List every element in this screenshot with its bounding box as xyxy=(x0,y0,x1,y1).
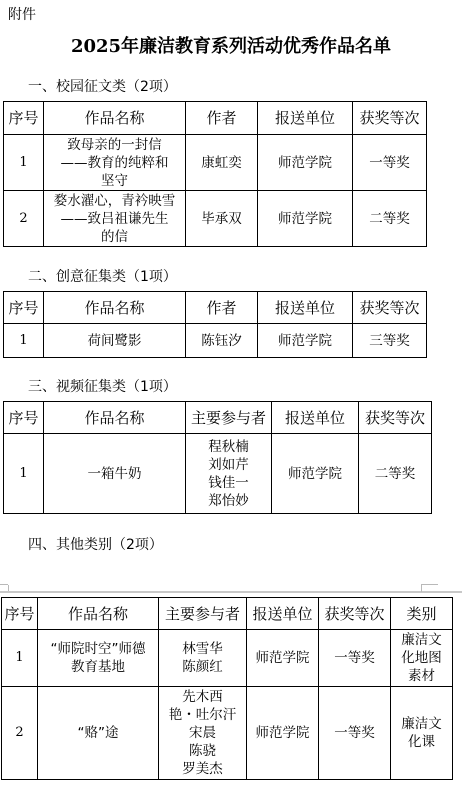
header-no: 序号 xyxy=(4,102,44,135)
table-header-row: 序号 作品名称 作者 报送单位 获奖等次 xyxy=(4,102,427,135)
document-title: 2025年廉洁教育系列活动优秀作品名单 xyxy=(0,32,462,58)
cell-no: 2 xyxy=(4,191,44,247)
cell-no: 1 xyxy=(2,630,38,687)
cell-unit: 师范学院 xyxy=(258,191,353,247)
cell-award: 二等奖 xyxy=(359,434,432,514)
section-heading-other: 四、其他类别（2项） xyxy=(28,534,163,554)
table-row: 1 致母亲的一封信 ——教育的纯粹和 坚守 康虹奕 师范学院 一等奖 xyxy=(4,135,427,191)
cell-title: “师院时空”师德 教育基地 xyxy=(38,630,159,687)
table-header-row: 序号 作品名称 主要参与者 报送单位 获奖等次 类别 xyxy=(2,598,453,630)
cell-author: 毕承双 xyxy=(186,191,258,247)
header-participants: 主要参与者 xyxy=(159,598,247,630)
table-row: 2 “赂”途 先木西 艳・吐尔汗 宋晨 陈骁 罗美杰 师范学院 一等奖 廉洁文 … xyxy=(2,687,453,780)
header-title: 作品名称 xyxy=(44,102,186,135)
table-creative: 序号 作品名称 作者 报送单位 获奖等次 1 荷间鹭影 陈钰汐 师范学院 三等奖 xyxy=(3,291,427,358)
table-essay: 序号 作品名称 作者 报送单位 获奖等次 1 致母亲的一封信 ——教育的纯粹和 … xyxy=(3,101,427,247)
table-row: 1 “师院时空”师德 教育基地 林雪华 陈颜红 师范学院 一等奖 廉洁文 化地图… xyxy=(2,630,453,687)
cell-category: 廉洁文 化地图 素材 xyxy=(391,630,453,687)
header-no: 序号 xyxy=(4,292,44,324)
header-unit: 报送单位 xyxy=(258,292,353,324)
header-unit: 报送单位 xyxy=(247,598,319,630)
table-other: 序号 作品名称 主要参与者 报送单位 获奖等次 类别 1 “师院时空”师德 教育… xyxy=(1,597,453,780)
cell-unit: 师范学院 xyxy=(272,434,359,514)
table-header-row: 序号 作品名称 主要参与者 报送单位 获奖等次 xyxy=(4,402,432,434)
table-header-row: 序号 作品名称 作者 报送单位 获奖等次 xyxy=(4,292,427,324)
cell-award: 三等奖 xyxy=(353,324,427,358)
crop-mark-left-top xyxy=(0,584,8,585)
cell-no: 1 xyxy=(4,135,44,191)
header-award: 获奖等次 xyxy=(359,402,432,434)
table-row: 2 婺水濯心，青衿映雪 ——致吕祖谦先生 的信 毕承双 师范学院 二等奖 xyxy=(4,191,427,247)
cell-title: 荷间鹭影 xyxy=(44,324,186,358)
crop-mark-left xyxy=(0,585,9,591)
cell-no: 2 xyxy=(2,687,38,780)
cell-title: 一箱牛奶 xyxy=(44,434,186,514)
section-heading-creative: 二、创意征集类（1项） xyxy=(28,266,177,286)
section-heading-video: 三、视频征集类（1项） xyxy=(28,376,177,396)
header-category: 类别 xyxy=(391,598,453,630)
cell-no: 1 xyxy=(4,434,44,514)
cell-no: 1 xyxy=(4,324,44,358)
cell-author: 康虹奕 xyxy=(186,135,258,191)
cell-unit: 师范学院 xyxy=(247,630,319,687)
cell-category: 廉洁文 化课 xyxy=(391,687,453,780)
cell-unit: 师范学院 xyxy=(258,135,353,191)
header-award: 获奖等次 xyxy=(319,598,391,630)
cell-title: “赂”途 xyxy=(38,687,159,780)
header-author: 作者 xyxy=(186,292,258,324)
cell-award: 一等奖 xyxy=(319,687,391,780)
attachment-label: 附件 xyxy=(8,4,36,24)
header-no: 序号 xyxy=(4,402,44,434)
cell-title: 致母亲的一封信 ——教育的纯粹和 坚守 xyxy=(44,135,186,191)
crop-mark-right-top xyxy=(422,584,438,585)
header-award: 获奖等次 xyxy=(353,102,427,135)
header-title: 作品名称 xyxy=(44,402,186,434)
cell-unit: 师范学院 xyxy=(258,324,353,358)
cell-participants: 程秋楠 刘如芹 钱佳一 郑怡妙 xyxy=(186,434,272,514)
section-heading-essay: 一、校园征文类（2项） xyxy=(28,76,177,96)
page-break-divider xyxy=(0,591,462,593)
crop-mark-right xyxy=(421,584,422,592)
cell-author: 陈钰汐 xyxy=(186,324,258,358)
cell-participants: 先木西 艳・吐尔汗 宋晨 陈骁 罗美杰 xyxy=(159,687,247,780)
cell-participants: 林雪华 陈颜红 xyxy=(159,630,247,687)
header-author: 作者 xyxy=(186,102,258,135)
header-title: 作品名称 xyxy=(38,598,159,630)
header-participants: 主要参与者 xyxy=(186,402,272,434)
cell-award: 一等奖 xyxy=(353,135,427,191)
header-no: 序号 xyxy=(2,598,38,630)
cell-award: 二等奖 xyxy=(353,191,427,247)
header-title: 作品名称 xyxy=(44,292,186,324)
table-video: 序号 作品名称 主要参与者 报送单位 获奖等次 1 一箱牛奶 程秋楠 刘如芹 钱… xyxy=(3,401,432,514)
cell-title: 婺水濯心，青衿映雪 ——致吕祖谦先生 的信 xyxy=(44,191,186,247)
table-row: 1 一箱牛奶 程秋楠 刘如芹 钱佳一 郑怡妙 师范学院 二等奖 xyxy=(4,434,432,514)
cell-unit: 师范学院 xyxy=(247,687,319,780)
table-row: 1 荷间鹭影 陈钰汐 师范学院 三等奖 xyxy=(4,324,427,358)
header-unit: 报送单位 xyxy=(258,102,353,135)
header-unit: 报送单位 xyxy=(272,402,359,434)
header-award: 获奖等次 xyxy=(353,292,427,324)
cell-award: 一等奖 xyxy=(319,630,391,687)
